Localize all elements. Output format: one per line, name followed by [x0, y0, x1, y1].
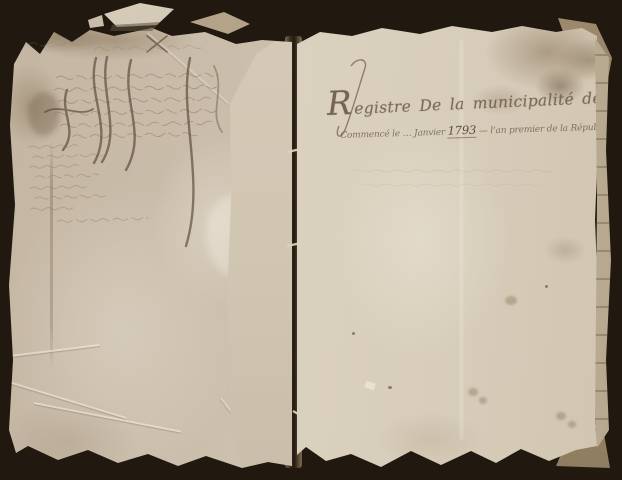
paper-stain — [556, 412, 566, 420]
paper-speck — [352, 332, 355, 335]
paper-stain — [479, 397, 487, 404]
subtitle-prefix: Commencé le … — [340, 129, 414, 141]
subtitle-year: 1793 — [447, 123, 476, 139]
paper-speck — [545, 285, 548, 288]
paper-crease — [147, 32, 230, 104]
title-handwriting: Registre De la municipalité de … — [326, 72, 607, 123]
paper-stain — [568, 421, 576, 428]
paper-crease — [34, 402, 182, 433]
paper-stain — [468, 388, 478, 396]
paper-crease — [10, 344, 100, 357]
paper-stain — [505, 296, 517, 305]
paper-chip — [364, 381, 376, 391]
paper-speck — [388, 386, 392, 389]
paper-stain — [28, 92, 60, 136]
subtitle-month: Janvier — [414, 128, 448, 139]
archival-manuscript-photo: Registre De la municipalité de … Commenc… — [0, 0, 622, 480]
subtitle-handwriting: Commencé le … Janvier 1793 — l’an premie… — [340, 119, 600, 141]
paper-crease — [11, 382, 126, 419]
paper-crease — [50, 140, 53, 370]
